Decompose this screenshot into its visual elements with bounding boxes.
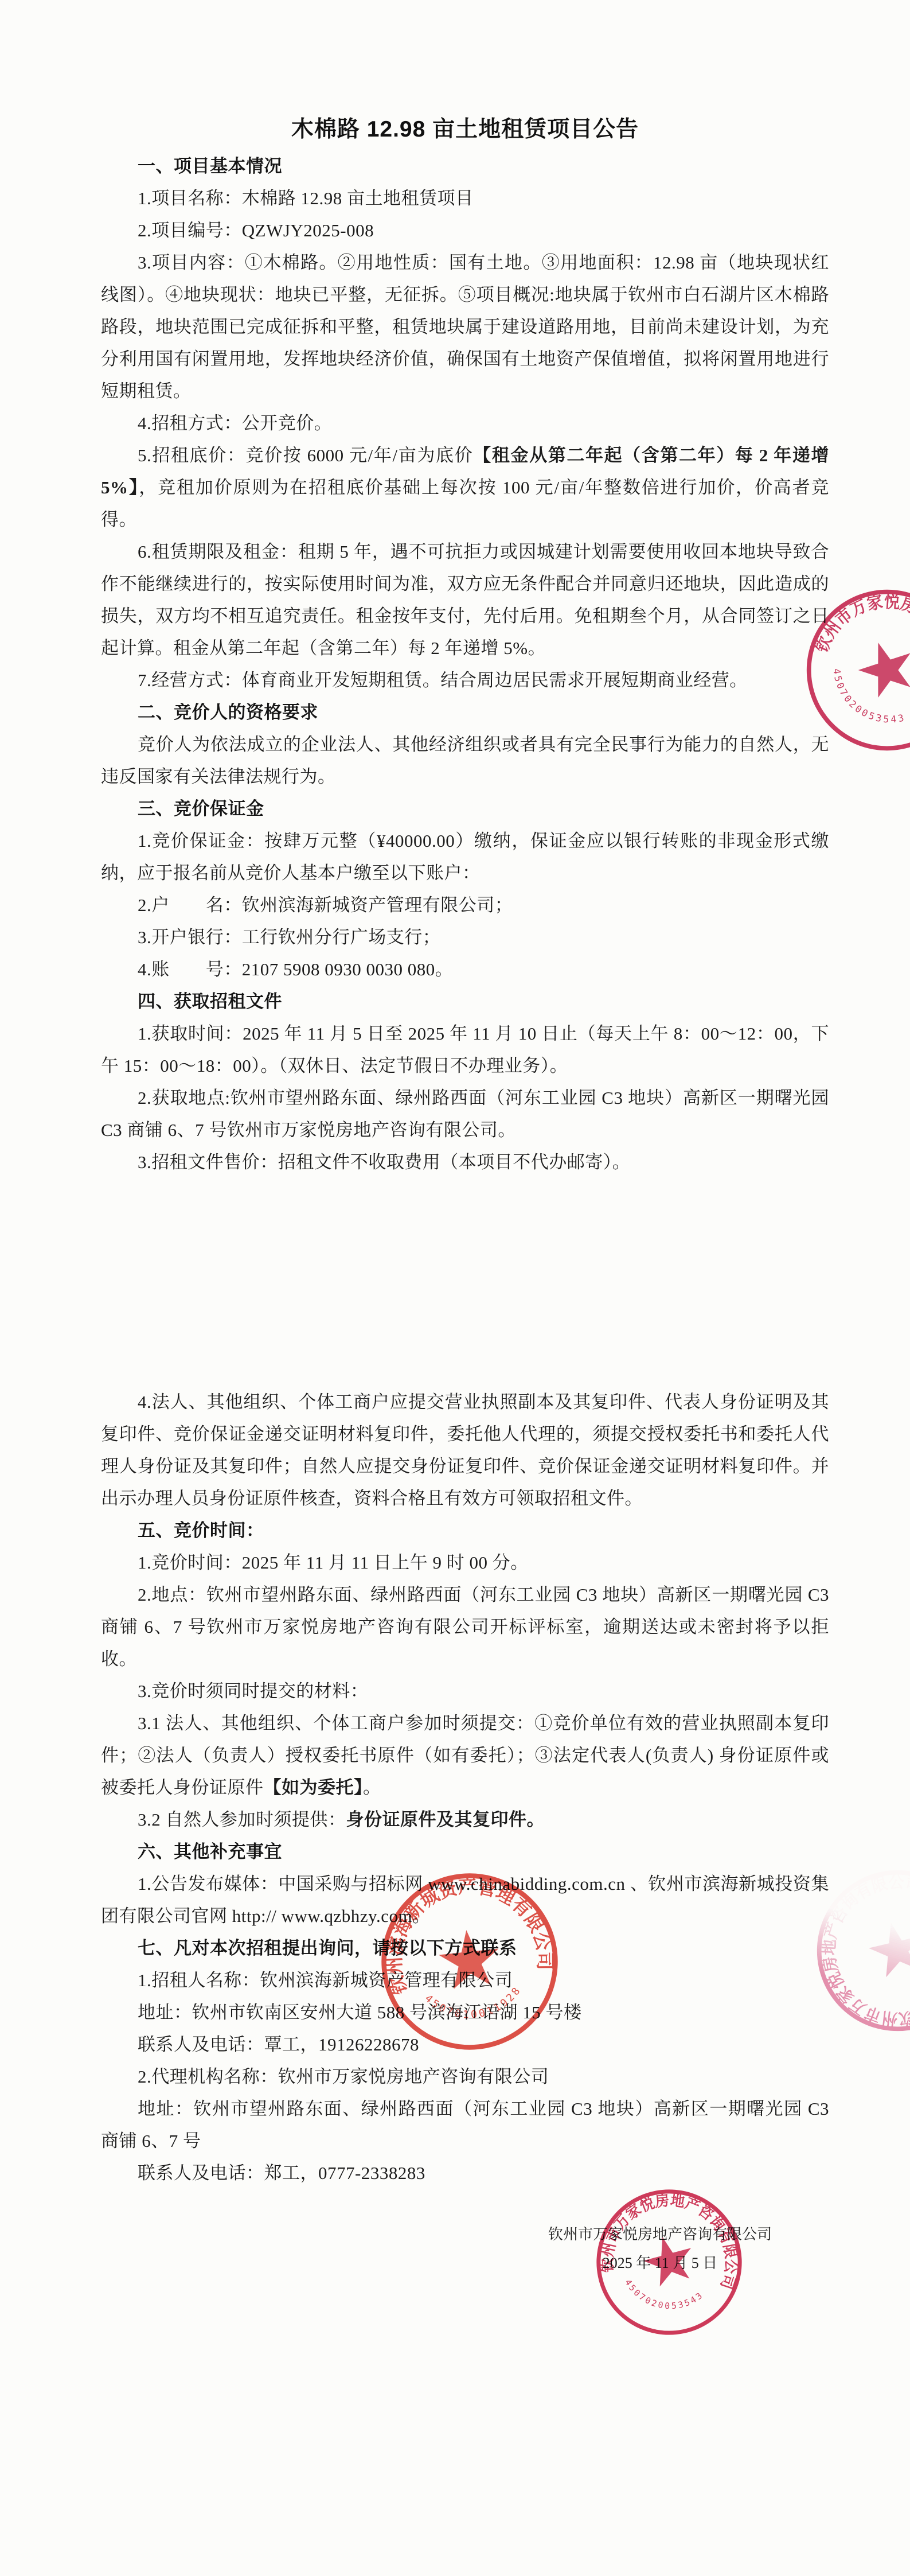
section-heading: 二、竞价人的资格要求 [101,696,829,729]
signature-block: 钦州市万家悦房地产咨询有限公司 2025 年 11 月 5 日 [542,2220,778,2278]
paragraph: 3.开户银行：工行钦州分行广场支行； [101,921,829,954]
paragraph: 3.1 法人、其他组织、个体工商户参加时须提交：①竞价单位有效的营业执照副本复印… [101,1707,829,1804]
page-title: 木棉路 12.98 亩土地租赁项目公告 [101,112,829,147]
section-heading: 六、其他补充事宜 [101,1836,829,1868]
paragraph: 2.地点：钦州市望州路东面、绿州路西面（河东工业园 C3 地块）高新区一期曙光园… [101,1579,829,1675]
paragraph: 1.竞价保证金：按肆万元整（¥40000.00）缴纳，保证金应以银行转账的非现金… [101,825,829,889]
section-heading: 三、竞价保证金 [101,793,829,825]
announcement-document: { "document": { "title": "木棉路 12.98 亩土地租… [0,0,910,2576]
paragraph: 4.账 号：2107 5908 0930 0030 080。 [101,954,829,986]
svg-text:4507020053543: 4507020053543 [818,663,910,741]
page-2-paragraphs: 4.法人、其他组织、个体工商户应提交营业执照副本及其复印件、代表人身份证明及其复… [101,1386,829,2189]
signature-date: 2025 年 11 月 5 日 [542,2249,778,2278]
paragraph: 4.法人、其他组织、个体工商户应提交营业执照副本及其复印件、代表人身份证明及其复… [101,1386,829,1515]
page-2: 4.法人、其他组织、个体工商户应提交营业执照副本及其复印件、代表人身份证明及其复… [101,1386,829,2189]
paragraph: 3.招租文件售价：招租文件不收取费用（本项目不代办邮寄）。 [101,1146,829,1178]
paragraph: 2.户 名：钦州滨海新城资产管理有限公司； [101,889,829,921]
svg-text:4507020053543: 4507020053543 [619,2277,707,2318]
paragraph: 联系人及电话：郑工，0777-2338283 [101,2157,829,2189]
paragraph: 1.获取时间：2025 年 11 月 5 日至 2025 年 11 月 10 日… [101,1018,829,1082]
paragraph: 2.获取地点:钦州市望州路东面、绿州路西面（河东工业园 C3 地块）高新区一期曙… [101,1082,829,1146]
section-heading: 七、凡对本次招租提出询问，请按以下方式联系 [101,1932,829,1964]
paragraph: 2.代理机构名称：钦州市万家悦房地产咨询有限公司 [101,2061,829,2093]
seal-serial-number: 4507020053543 [619,2277,707,2318]
section-heading: 一、项目基本情况 [101,150,829,182]
paragraph: 1.公告发布媒体：中国采购与招标网 www.chinabidding.com.c… [101,1868,829,1932]
paragraph: 1.竞价时间：2025 年 11 月 11 日上午 9 时 00 分。 [101,1547,829,1579]
paragraph: 6.租赁期限及租金：租期 5 年，遇不可抗拒力或因城建计划需要使用收回本地块导致… [101,536,829,664]
paragraph: 地址：钦州市望州路东面、绿州路西面（河东工业园 C3 地块）高新区一期曙光园 C… [101,2093,829,2157]
paragraph: 4.招租方式：公开竞价。 [101,407,829,439]
paragraph: 地址：钦州市钦南区安州大道 588 号滨海江语湖 15 号楼 [101,1997,829,2029]
paragraph: 3.2 自然人参加时须提供：身份证原件及其复印件。 [101,1804,829,1836]
page-1: 木棉路 12.98 亩土地租赁项目公告 一、项目基本情况1.项目名称：木棉路 1… [101,0,829,1178]
paragraph: 3.竞价时须同时提交的材料： [101,1675,829,1707]
section-heading: 五、竞价时间： [101,1515,829,1547]
paragraph: 7.经营方式：体育商业开发短期租赁。结合周边居民需求开展短期商业经营。 [101,664,829,696]
page-1-paragraphs: 一、项目基本情况1.项目名称：木棉路 12.98 亩土地租赁项目2.项目编号：Q… [101,150,829,1178]
paragraph: 1.项目名称：木棉路 12.98 亩土地租赁项目 [101,182,829,215]
paragraph: 联系人及电话：覃工，19126228678 [101,2029,829,2061]
section-heading: 四、获取招租文件 [101,986,829,1018]
paragraph: 竞价人为依法成立的企业法人、其他经济组织或者具有完全民事行为能力的自然人，无违反… [101,729,829,793]
paragraph: 3.项目内容：①木棉路。②用地性质：国有土地。③用地面积：12.98 亩（地块现… [101,247,829,407]
star-icon [866,1921,910,1980]
paragraph: 2.项目编号：QZWJY2025-008 [101,215,829,247]
paragraph: 1.招租人名称：钦州滨海新城资产管理有限公司 [101,1964,829,1997]
seal-serial-number: 4507020053543 [818,663,910,741]
paragraph: 5.招租底价：竞价按 6000 元/年/亩为底价【租金从第二年起（含第二年）每 … [101,439,829,536]
signature-company: 钦州市万家悦房地产咨询有限公司 [542,2220,778,2249]
star-icon [858,643,910,698]
